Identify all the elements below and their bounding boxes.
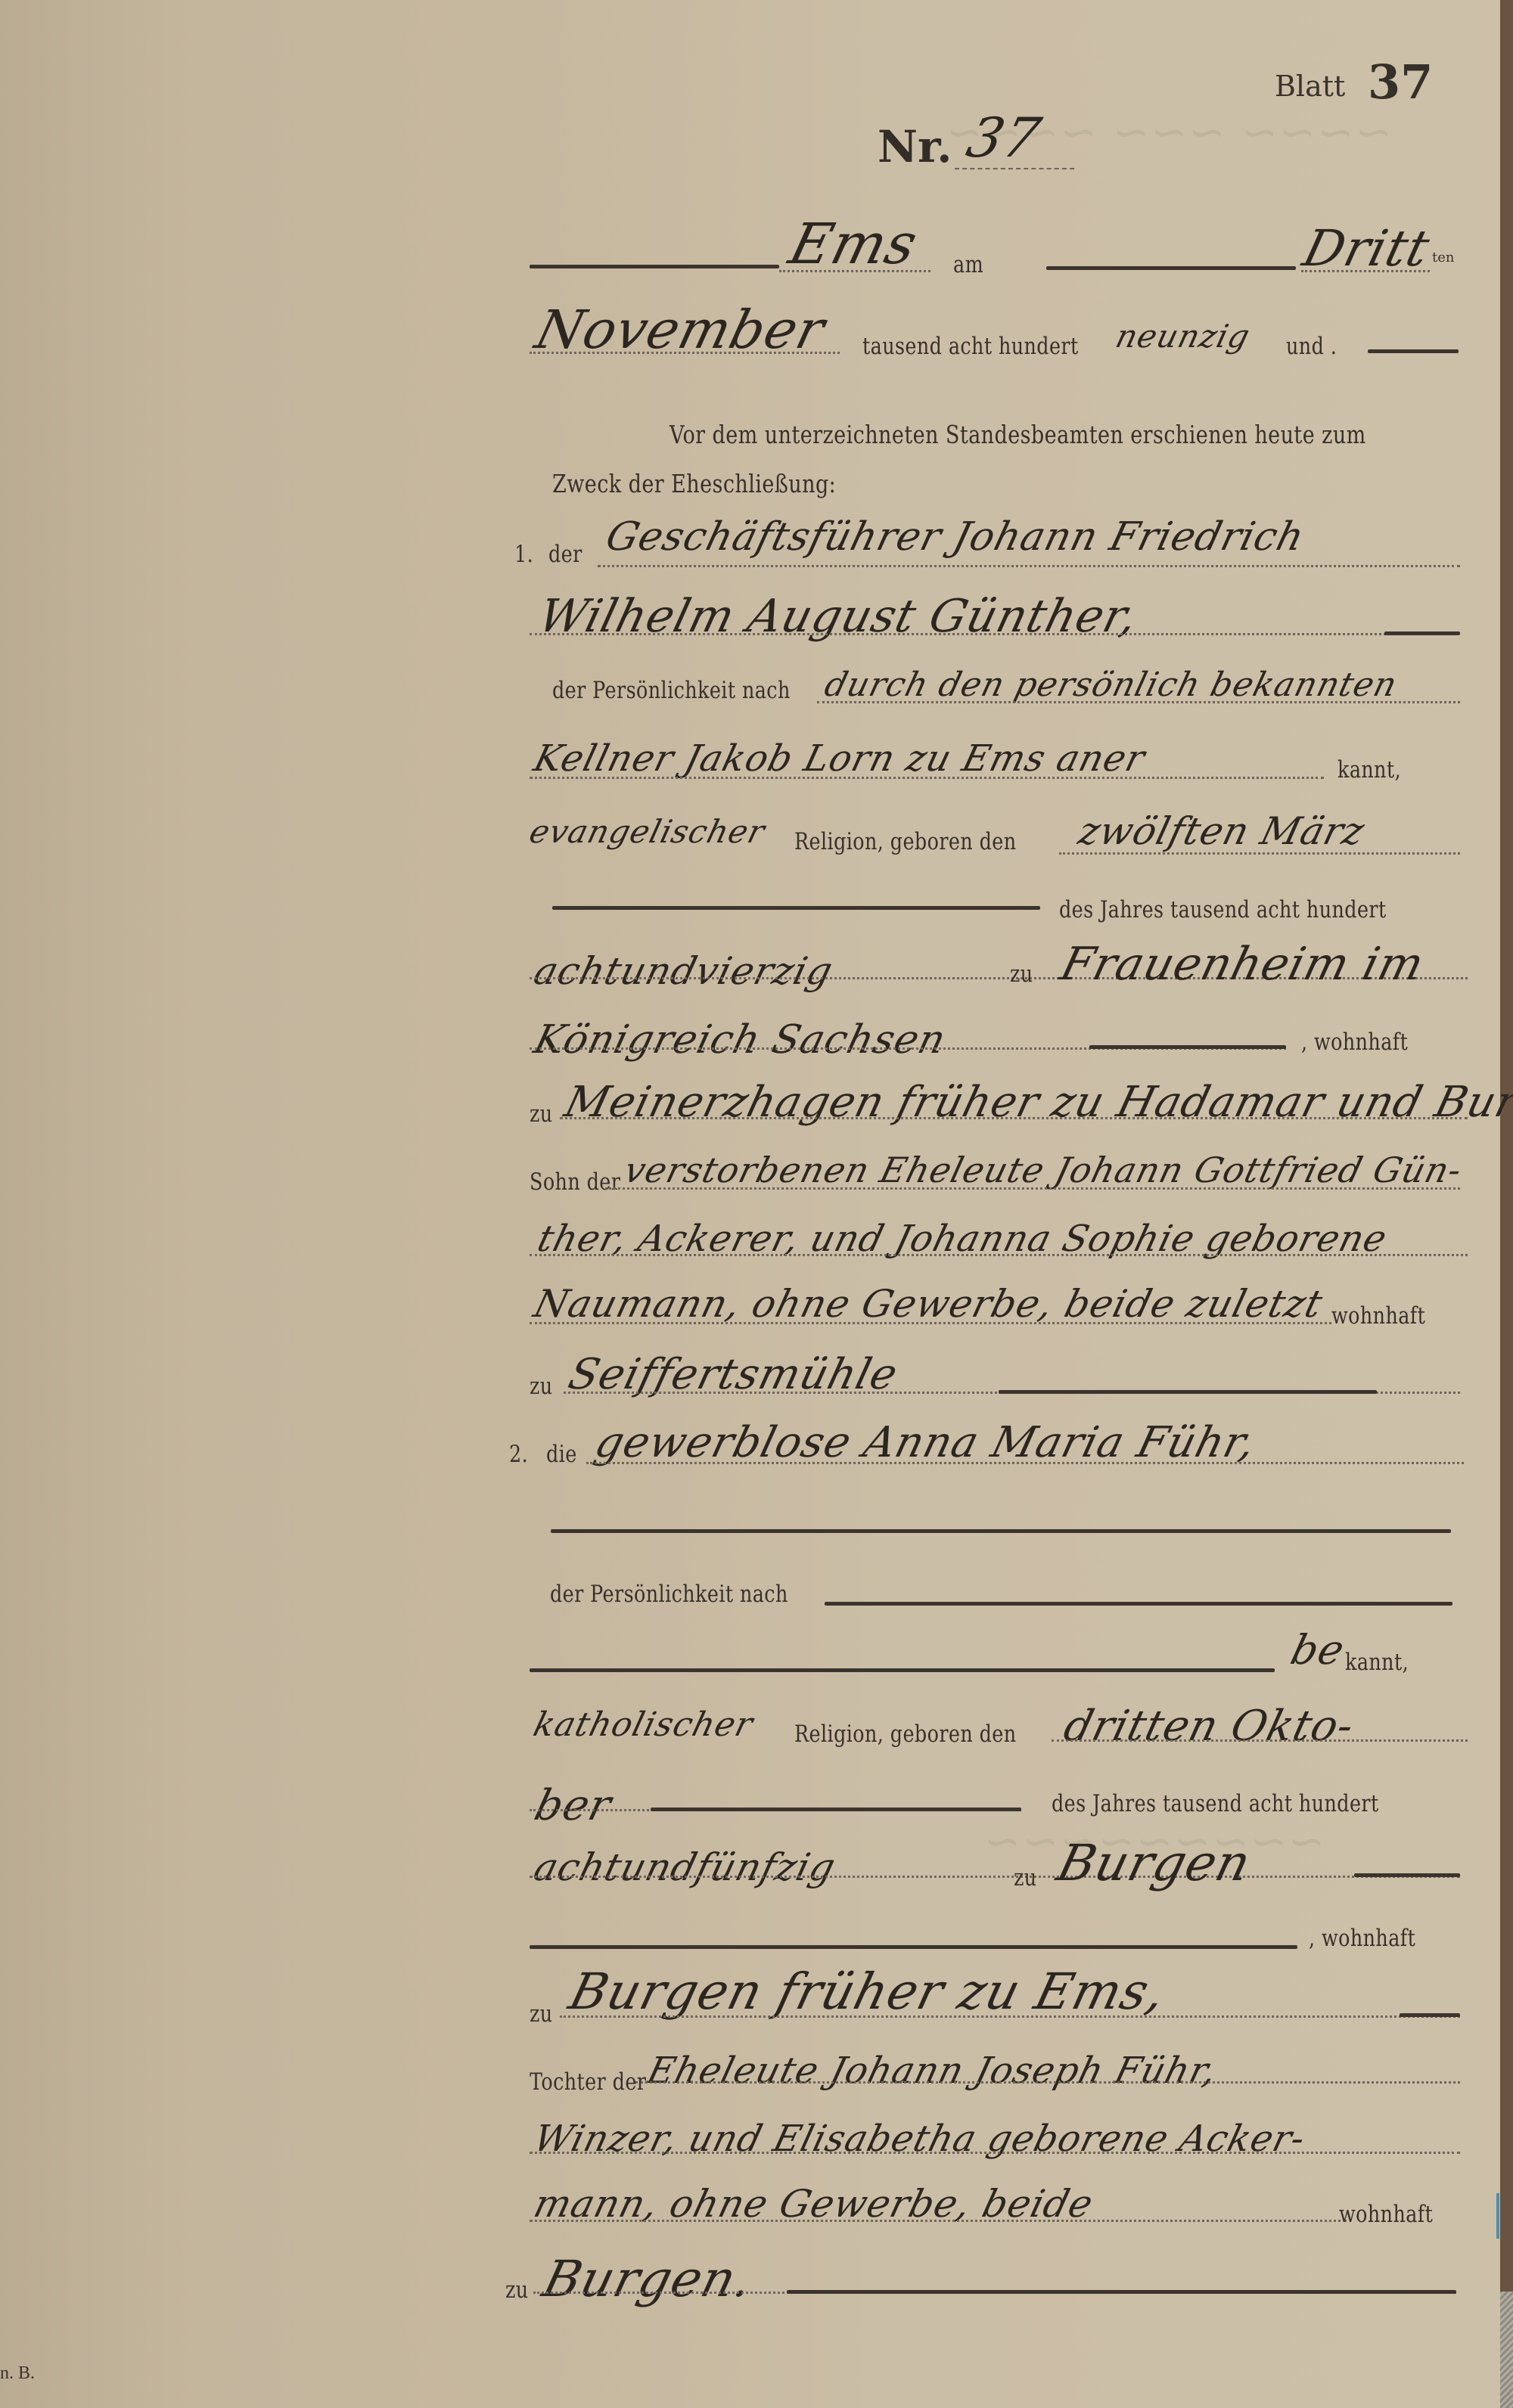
dotted-line [560, 2015, 1460, 2018]
dotted-line [560, 1117, 1468, 1119]
party2-zu-label: zu [1014, 1864, 1037, 1891]
record-number-line [955, 168, 1074, 169]
page-shadow [0, 0, 197, 2408]
dotted-line [586, 1462, 1464, 1464]
party1-parents-residence-zu: zu [530, 1373, 553, 1400]
party2-number: 2. [509, 1441, 528, 1468]
fill-rule [1089, 1045, 1286, 1049]
fill-rule [1384, 631, 1460, 635]
party2-religion-value: katholischer [530, 1705, 757, 1744]
dotted-line [598, 565, 1460, 567]
party1-year-label: des Jahres tausend acht hundert [1059, 896, 1387, 923]
fill-rule [651, 1808, 1021, 1811]
dotted-line [530, 1254, 1468, 1256]
party2-kannt-label: kannt, [1345, 1649, 1409, 1676]
intro-text-line2: Zweck der Eheschließung: [552, 469, 836, 498]
party1-residence-zu: zu [530, 1100, 553, 1128]
party1-parents-label: Sohn der [530, 1168, 620, 1196]
page-tab-marker [1496, 2193, 1499, 2239]
party2-parents-residence-zu: zu [505, 2276, 529, 2304]
place-value: Ems [783, 212, 924, 277]
dotted-line [530, 777, 1324, 779]
dotted-line [530, 2152, 1460, 2154]
party1-birthplace-line2: Königreich Sachsen [530, 1017, 951, 1063]
party1-religion-value: evangelischer [526, 813, 769, 850]
party2-residence: Burgen früher zu Ems, [564, 1963, 1172, 2021]
party2-parents-line1: Eheleute Johann Joseph Führ, [643, 2050, 1222, 2092]
printer-mark: n. B. [0, 2363, 35, 2384]
party2-birth-day-month-line1: dritten Okto- [1059, 1702, 1359, 1751]
intro-text-line1: Vor dem unterzeichneten Standesbeamten e… [670, 420, 1366, 449]
fill-rule [530, 265, 779, 268]
party2-name-line1: gewerblose Anna Maria Führ, [590, 1418, 1261, 1467]
party1-birthplace-line1: Frauenheim im [1055, 938, 1430, 991]
party1-parents-line3: Naumann, ohne Gewerbe, beide zuletzt [530, 1282, 1328, 1326]
party2-article: die [546, 1441, 577, 1468]
dotted-line [530, 352, 840, 354]
party2-year-label: des Jahres tausend acht hundert [1052, 1790, 1379, 1817]
party2-birthplace: Burgen [1052, 1834, 1257, 1892]
fill-rule [552, 906, 1040, 910]
sheet-number: 37 [1368, 54, 1433, 110]
year-handwritten: neunzig [1112, 318, 1254, 355]
dotted-line [530, 2220, 1347, 2222]
fill-rule [787, 2290, 1456, 2294]
fill-rule [1046, 266, 1296, 270]
fill-rule [530, 1945, 1297, 1949]
party2-parents-wohnhaft: wohnhaft [1339, 2201, 1433, 2228]
party1-wohnhaft-label: , wohnhaft [1301, 1029, 1408, 1056]
day-suffix: ten [1432, 250, 1454, 265]
fill-rule [999, 1390, 1377, 1394]
fill-rule [825, 1602, 1452, 1606]
party1-kannt-label: kannt, [1337, 756, 1401, 784]
register-page [0, 0, 1502, 2408]
party1-birth-year: achtundvierzig [530, 949, 837, 993]
party1-residence: Meinerzhagen früher zu Hadamar und Burge… [560, 1078, 1513, 1127]
dotted-line [1059, 852, 1460, 855]
fill-rule [1354, 1873, 1460, 1877]
year-printed-text: tausend acht hundert [862, 333, 1079, 360]
party2-birth-year: achtundfünfzig [530, 1845, 840, 1889]
dotted-line [530, 1876, 1460, 1878]
party1-identity-line2: Kellner Jakob Lorn zu Ems aner [530, 737, 1150, 780]
party2-parents-label: Tochter der [530, 2068, 646, 2096]
day-value: Dritt [1297, 219, 1436, 278]
party1-article: der [548, 541, 583, 568]
party1-birth-day-month: zwölften März [1074, 809, 1369, 853]
party2-wohnhaft-label: , wohnhaft [1309, 1925, 1415, 1952]
dotted-line [605, 1187, 1460, 1190]
fill-rule [551, 1529, 1451, 1533]
record-number-label: Nr. [878, 121, 952, 172]
dotted-line [817, 701, 1460, 703]
party2-parents-residence: Burgen. [537, 2250, 760, 2308]
party1-identity-line1: durch den persönlich bekannten [821, 666, 1401, 704]
year-und-text: und . [1286, 333, 1337, 360]
dotted-line [779, 270, 930, 272]
party2-residence-zu: zu [530, 2000, 553, 2028]
party2-identity-label: der Persönlichkeit nach [550, 1581, 788, 1608]
dotted-line [635, 2081, 1460, 2084]
party2-religion-label: Religion, geboren den [794, 1721, 1017, 1748]
party1-number: 1. [514, 541, 533, 568]
book-cover-edge [1500, 0, 1513, 2292]
dotted-line [530, 1322, 1331, 1324]
party1-religion-label: Religion, geboren den [794, 828, 1017, 855]
am-label: am [953, 251, 983, 278]
fill-rule [1400, 2013, 1460, 2017]
party1-identity-label: der Persönlichkeit nach [552, 677, 791, 704]
dotted-line [530, 633, 1400, 635]
party1-name-line1: Geschäftsführer Johann Friedrich [601, 514, 1310, 560]
fill-rule [1368, 349, 1459, 353]
party1-parents-line1: verstorbenen Eheleute Johann Gottfried G… [620, 1150, 1467, 1190]
party1-zu-label: zu [1010, 960, 1033, 988]
party2-birth-day-month-line2: ber [530, 1781, 617, 1830]
dotted-line [1052, 1739, 1468, 1742]
fill-rule [530, 1668, 1275, 1672]
party1-parents-wohnhaft: wohnhaft [1331, 1302, 1425, 1330]
sheet-label: Blatt [1275, 70, 1345, 103]
dotted-line [1301, 270, 1430, 272]
